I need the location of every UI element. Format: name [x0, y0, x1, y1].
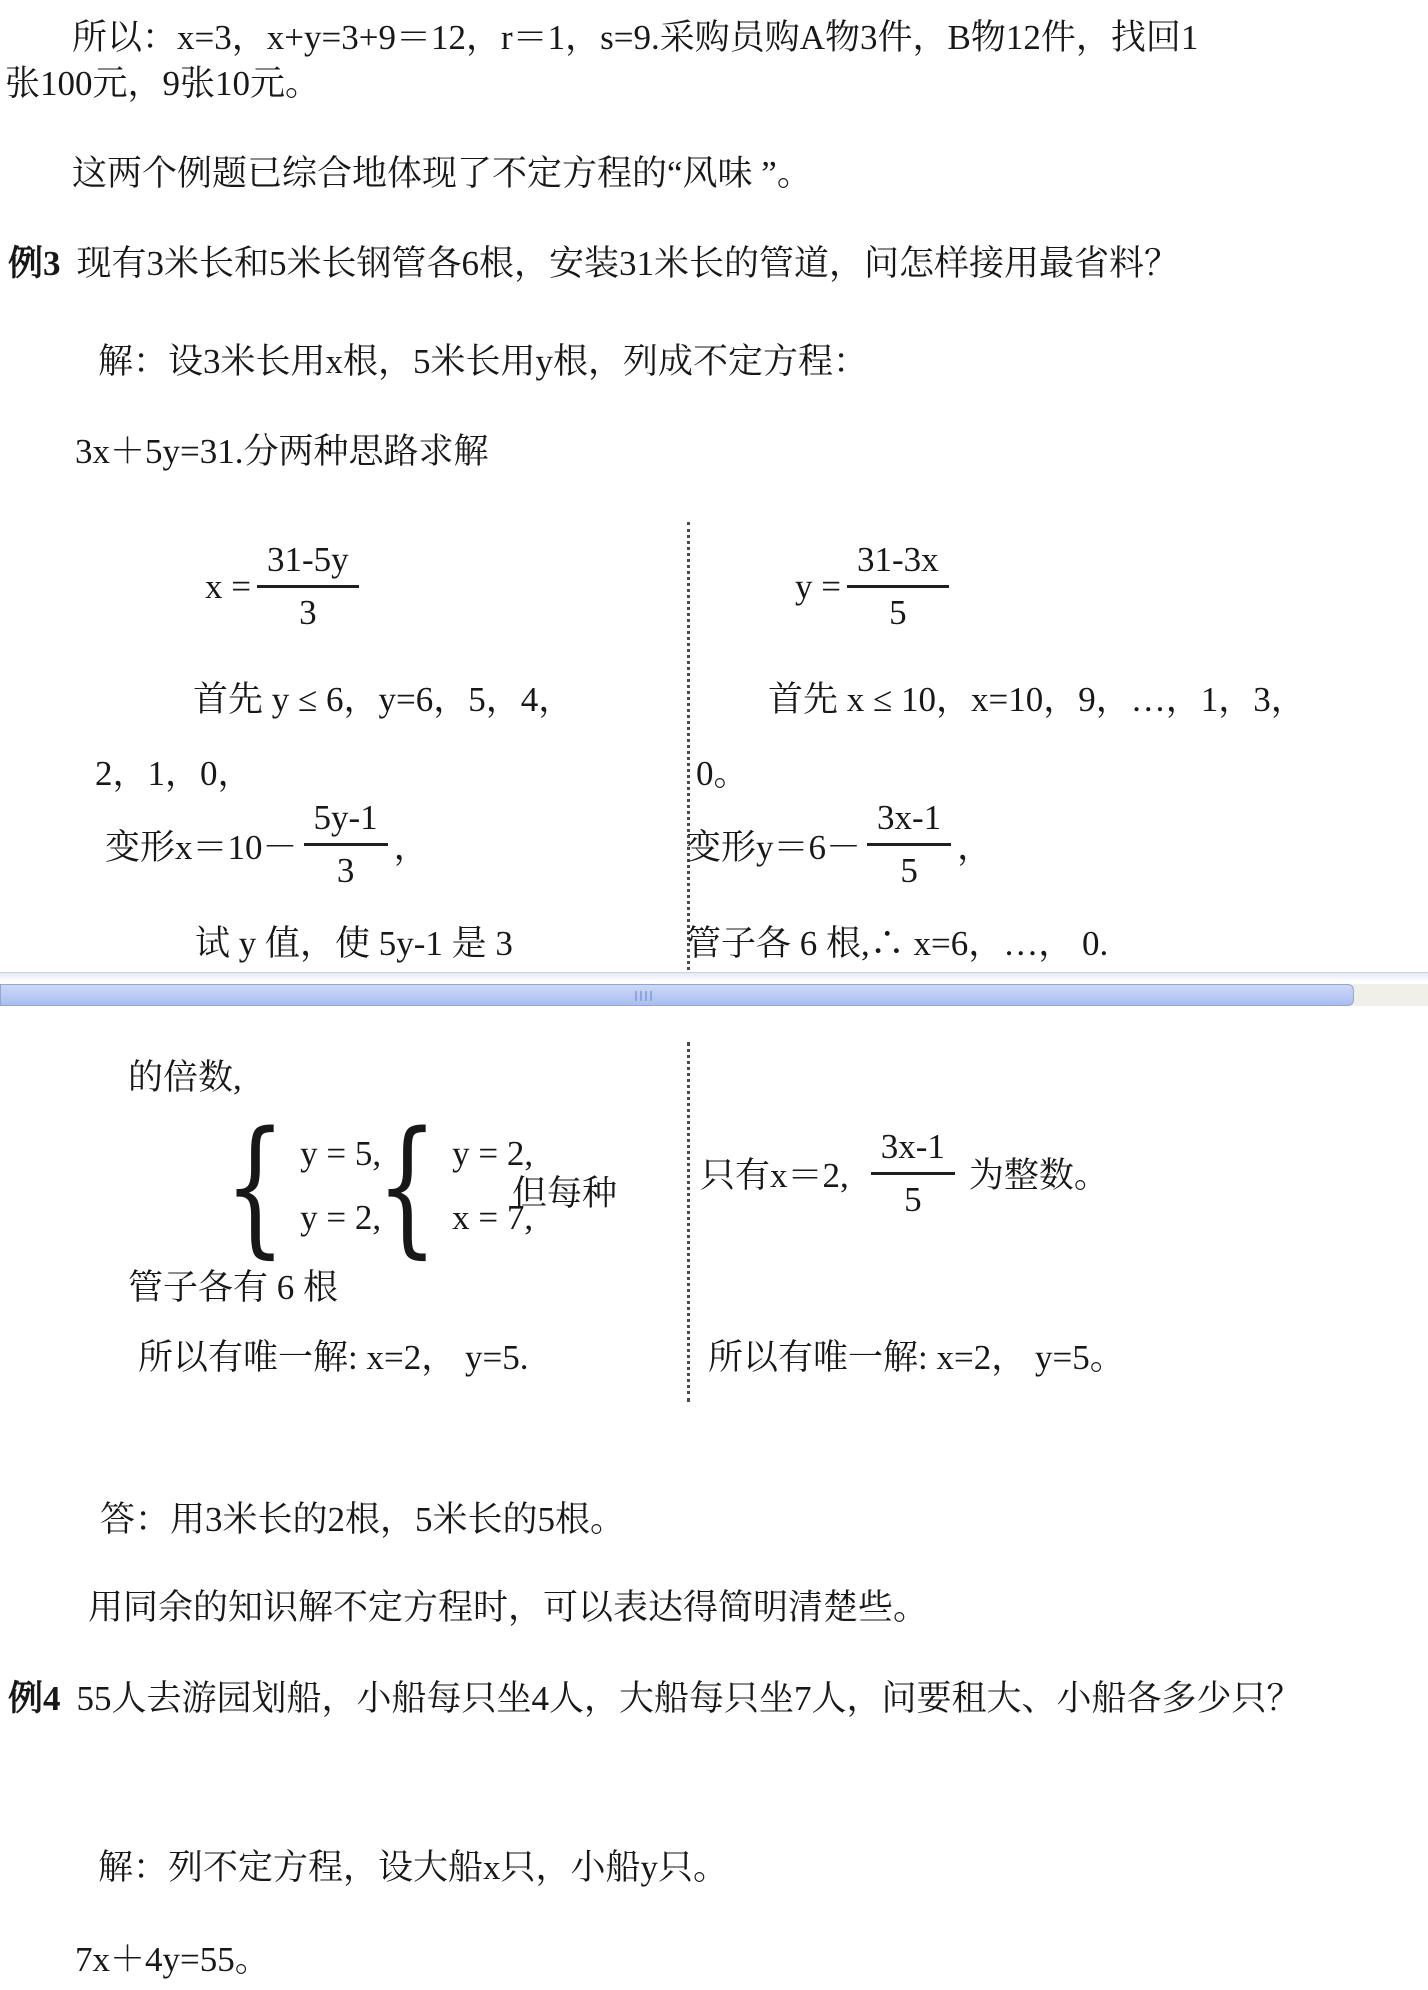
fraction-numerator: 31-3x	[847, 540, 949, 588]
example3-solve: 解：设3米长用x根，5米长用y根，列成不定方程：	[98, 340, 868, 384]
left-carry-line: 的倍数,	[128, 1056, 242, 1100]
formula-x-lhs: x =	[205, 567, 251, 607]
example3-heading: 例3现有3米长和5米长钢管各6根，安装31米长的管道，问怎样接用最省料？	[8, 242, 1179, 286]
fraction-denominator: 5	[900, 846, 918, 891]
horizontal-scrollbar-track[interactable]	[0, 984, 1428, 1006]
formula-only-x2: 只有x＝2, 3x-1 5 为整数。	[700, 1118, 1109, 1228]
left-brace: {	[224, 1118, 285, 1254]
left-brace: {	[376, 1118, 437, 1254]
formula-y-lhs: y =	[795, 567, 841, 607]
fraction-numerator: 31-5y	[257, 540, 359, 588]
example4-text: 55人去游园划船，小船每只坐4人，大船每只坐7人，问要租大、小船各多少只？	[77, 1679, 1302, 1718]
example3-text: 现有3米长和5米长钢管各6根，安装31米长的管道，问怎样接用最省料？	[77, 244, 1180, 283]
equation-system-2: { y = 2, x = 7,	[360, 1118, 533, 1254]
right-wrap-line: 0。	[696, 752, 749, 796]
note-line: 用同余的知识解不定方程时，可以表达得简明清楚些。	[88, 1586, 928, 1630]
fraction-numerator: 3x-1	[867, 798, 951, 846]
fraction-denominator: 3	[299, 588, 317, 633]
fraction-denominator: 3	[337, 846, 355, 891]
example4-equation: 7x＋4y=55。	[75, 1938, 270, 1982]
fraction-31-5y-over-3: 31-5y 3	[257, 540, 359, 633]
scrollbar-grip-icon	[635, 991, 652, 1001]
but-each-text: 但每种	[512, 1172, 617, 1216]
transform-y-tail: ，	[957, 820, 992, 870]
paragraph-conclusion-line2: 张100元，9张10元。	[5, 62, 320, 106]
formula-transform-x: 变形x＝10－ 5y-1 3 ，	[105, 798, 429, 891]
column-divider-bottom	[687, 1042, 690, 1402]
example3-equation: 3x＋5y=31.分两种思路求解	[75, 430, 489, 474]
transform-y-lead: 变形y＝6－	[686, 820, 861, 870]
only-x2-tail: 为整数。	[969, 1148, 1109, 1198]
column-divider-top	[687, 522, 690, 970]
document-page: 所以：x=3，x+y=3+9＝12，r＝1，s=9.采购员购A物3件，B物12件…	[0, 0, 1428, 1990]
example4-heading: 例455人去游园划船，小船每只坐4人，大船每只坐7人，问要租大、小船各多少只？	[8, 1672, 1422, 1726]
right-first-line: 首先 x ≤ 10，x=10，9，…，1，3，	[768, 678, 1306, 722]
system2-row1: y = 2,	[452, 1134, 533, 1174]
fraction-5y-1-over-3: 5y-1 3	[304, 798, 388, 891]
fraction-denominator: 5	[889, 588, 907, 633]
left-pipes-line: 管子各有 6 根	[128, 1266, 338, 1310]
left-unique-line: 所以有唯一解: x=2， y=5.	[138, 1336, 528, 1380]
example4-solve: 解：列不定方程，设大船x只，小船y只。	[98, 1846, 728, 1890]
right-last-line: 管子各 6 根,∴ x=6，…， 0.	[686, 922, 1108, 966]
right-unique-line: 所以有唯一解: x=2， y=5。	[708, 1336, 1125, 1380]
formula-y-equals: y = 31-3x 5	[795, 540, 955, 633]
paragraph-remark: 这两个例题已综合地体现了不定方程的“风味 ”。	[72, 152, 812, 196]
fraction-numerator: 5y-1	[304, 798, 388, 846]
left-wrap-line: 2，1，0，	[95, 752, 253, 796]
fraction-3x-1-over-5: 3x-1 5	[867, 798, 951, 891]
formula-x-equals: x = 31-5y 3	[205, 540, 365, 633]
left-first-line: 首先 y ≤ 6，y=6，5，4，	[193, 678, 573, 722]
transform-x-lead: 变形x＝10－	[105, 820, 298, 870]
paragraph-conclusion-line1: 所以：x=3，x+y=3+9＝12，r＝1，s=9.采购员购A物3件，B物12件…	[72, 16, 1198, 60]
only-x2-lead: 只有x＝2,	[700, 1148, 849, 1198]
answer-line: 答：用3米长的2根，5米长的5根。	[100, 1498, 625, 1542]
fraction-31-3x-over-5: 31-3x 5	[847, 540, 949, 633]
equation-system-1: { y = 5, y = 2,	[208, 1118, 381, 1254]
left-last-line: 试 y 值，使 5y-1 是 3	[195, 922, 513, 966]
transform-x-tail: ，	[394, 820, 429, 870]
horizontal-scrollbar-thumb[interactable]	[0, 984, 1354, 1006]
example3-label: 例3	[8, 244, 61, 283]
fraction-3x-1-over-5: 3x-1 5	[871, 1127, 955, 1220]
example4-label: 例4	[8, 1679, 61, 1718]
fraction-numerator: 3x-1	[871, 1127, 955, 1175]
formula-transform-y: 变形y＝6－ 3x-1 5 ，	[686, 798, 992, 891]
fraction-denominator: 5	[904, 1175, 922, 1220]
